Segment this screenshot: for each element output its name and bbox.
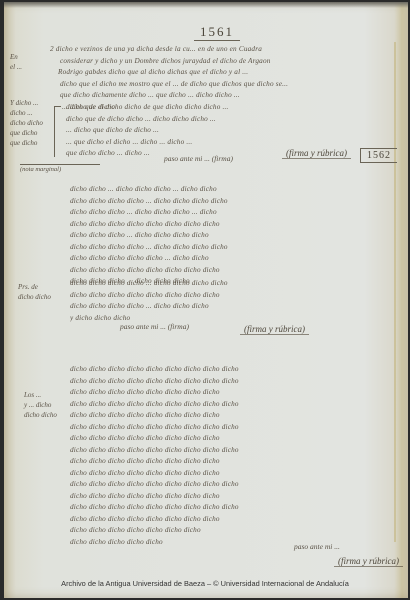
entry-4-text: dicho dicho dicho dicho ... dicho dicho …	[70, 278, 370, 324]
text-line: dicho que el dicho dicho de que dicho di…	[66, 102, 366, 114]
entry-5-text: dicho dicho dicho dicho dicho dicho dich…	[70, 364, 370, 548]
margin-note-line: dicho dicho	[24, 410, 57, 420]
signature-3: (firma y rúbrica)	[334, 556, 403, 567]
text-line: dicho dicho dicho dicho dicho ... dicho …	[70, 253, 370, 265]
text-line: dicho dicho dicho dicho dicho dicho dich…	[70, 290, 370, 302]
text-line: dicho dicho dicho dicho dicho dicho dich…	[70, 376, 370, 388]
text-line: y dicho dicho dicho	[70, 313, 370, 325]
margin-note-line: que dicho	[10, 138, 43, 148]
archive-credit-footer: Archivo de la Antigua Universidad de Bae…	[0, 579, 410, 588]
text-line: dicho dicho dicho dicho dicho dicho dich…	[70, 399, 370, 411]
text-line: dicho dicho dicho dicho dicho dicho dich…	[70, 445, 370, 457]
text-line: dicho dicho dicho dicho dicho dicho dich…	[70, 491, 370, 503]
text-line: dicho dicho dicho ... dicho dicho dicho …	[70, 207, 370, 219]
page-shadow-edge	[4, 2, 408, 8]
margin-note-line: que dicho	[10, 128, 43, 138]
margin-note-line: el ...	[10, 62, 22, 72]
text-line: dicho dicho dicho dicho dicho dicho dich…	[70, 502, 370, 514]
text-line: dicho dicho dicho dicho dicho dicho dich…	[70, 514, 370, 526]
text-line: dicho dicho dicho dicho dicho dicho dich…	[70, 387, 370, 399]
paso-ante-mi-2: paso ante mi ... (firma)	[120, 322, 189, 331]
text-line: dicho que el dicho me mostro que el ... …	[50, 79, 370, 91]
year-box: 1562	[360, 148, 397, 163]
text-line: dicho dicho ... dicho dicho dicho ... di…	[70, 184, 370, 196]
text-line: dicho dicho dicho dicho dicho dicho dich…	[70, 265, 370, 277]
text-line: dicho dicho dicho dicho dicho dicho dich…	[70, 456, 370, 468]
paso-ante-mi-1: paso ante mi ... (firma)	[164, 154, 233, 163]
margin-note-line: Los ...	[24, 390, 57, 400]
margin-note-1: En el ...	[10, 52, 22, 72]
page-fold-line	[394, 42, 396, 542]
text-line: dicho dicho dicho dicho ... dicho dicho …	[70, 196, 370, 208]
entry-3-text: dicho dicho ... dicho dicho dicho ... di…	[70, 184, 370, 288]
signature-2: (firma y rúbrica)	[240, 324, 309, 335]
margin-note-line: y ... dicho	[24, 400, 57, 410]
margin-note-line: Y dicho ...	[10, 98, 43, 108]
paso-ante-mi-3: paso ante mi ...	[294, 542, 340, 551]
year-heading: 1561	[194, 24, 240, 41]
margin-note-4: Prs. de dicho dicho	[18, 282, 51, 302]
margin-note-line: Prs. de	[18, 282, 51, 292]
text-line: ... dicho que dicho de dicho ...	[66, 125, 366, 137]
text-line: dicho dicho dicho dicho dicho dicho dich…	[70, 525, 370, 537]
margin-note-underlined: (nota marginal)	[20, 164, 100, 175]
margin-note-line: dicho dicho	[18, 292, 51, 302]
margin-bracket	[54, 106, 61, 157]
text-line: dicho dicho dicho dicho dicho dicho dich…	[70, 479, 370, 491]
text-line: dicho dicho dicho ... dicho dicho dicho …	[70, 230, 370, 242]
text-line: dicho dicho dicho dicho dicho dicho dich…	[70, 422, 370, 434]
text-line: ... que dicho el dicho ... dicho ... dic…	[66, 137, 366, 149]
margin-note-line: dicho dicho	[10, 118, 43, 128]
text-line: Rodrigo gabdes dicho que al dicho dichas…	[50, 67, 370, 79]
text-line: dicho dicho dicho dicho dicho dicho dich…	[70, 433, 370, 445]
text-line: dicho dicho dicho dicho dicho dicho dich…	[70, 410, 370, 422]
text-line: 2 dicho e vezinos de una ya dicha desde …	[50, 44, 370, 56]
margin-note-5: Los ... y ... dicho dicho dicho	[24, 390, 57, 420]
text-line: dicho dicho dicho dicho dicho dicho dich…	[70, 468, 370, 480]
margin-note-2: Y dicho ... dicho ... dicho dicho que di…	[10, 98, 43, 148]
signature-1: (firma y rúbrica)	[282, 148, 351, 159]
text-line: dicho dicho dicho dicho ... dicho dicho …	[70, 242, 370, 254]
text-line: dicho dicho dicho dicho ... dicho dicho …	[70, 278, 370, 290]
margin-note-line: dicho ...	[10, 108, 43, 118]
text-line: dicho dicho dicho dicho ... dicho dicho …	[70, 301, 370, 313]
text-line: considerar y dicho y un Dombre dichos ju…	[50, 56, 370, 68]
text-line: dicho que de dicho dicho ... dicho dicho…	[66, 114, 366, 126]
manuscript-page: 1561 En el ... 2 dicho e vezinos de una …	[4, 2, 408, 598]
text-line: dicho dicho dicho dicho dicho dicho dich…	[70, 219, 370, 231]
text-line: dicho dicho dicho dicho dicho dicho dich…	[70, 364, 370, 376]
margin-note-line: En	[10, 52, 22, 62]
text-line: que dicho dichamente dicho ... que dicho…	[50, 90, 370, 102]
margin-note-line: (nota marginal)	[20, 164, 100, 175]
